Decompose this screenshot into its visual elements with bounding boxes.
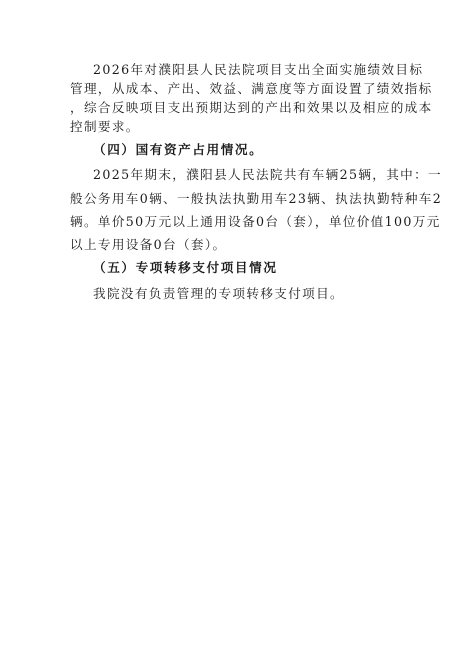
paragraph-line: 控制要求。 xyxy=(70,118,392,136)
paragraph-line: 2026年对濮阳县人民法院项目支出全面实施绩效目标 xyxy=(93,61,392,79)
section-4-heading: （四）国有资产占用情况。 xyxy=(93,141,263,159)
section-5-heading: （五）专项转移支付项目情况 xyxy=(93,259,278,277)
paragraph-line: 辆。单价50万元以上通用设备0台（套），单位价值100万元 xyxy=(70,213,392,231)
paragraph-line: 般公务用车0辆、一般执法执勤用车23辆、执法执勤特种车2 xyxy=(70,190,392,208)
paragraph-line: ，综合反映项目支出预期达到的产出和效果以及相应的成本 xyxy=(70,99,392,117)
paragraph-line: 以上专用设备0台（套）。 xyxy=(70,236,392,254)
paragraph-line: 管理，从成本、产出、效益、满意度等方面设置了绩效指标 xyxy=(70,80,392,98)
document-page: 2026年对濮阳县人民法院项目支出全面实施绩效目标 管理，从成本、产出、效益、满… xyxy=(0,0,460,650)
paragraph-line: 2025年期末，濮阳县人民法院共有车辆25辆，其中：一 xyxy=(93,166,392,184)
paragraph-line: 我院没有负责管理的专项转移支付项目。 xyxy=(93,285,392,303)
